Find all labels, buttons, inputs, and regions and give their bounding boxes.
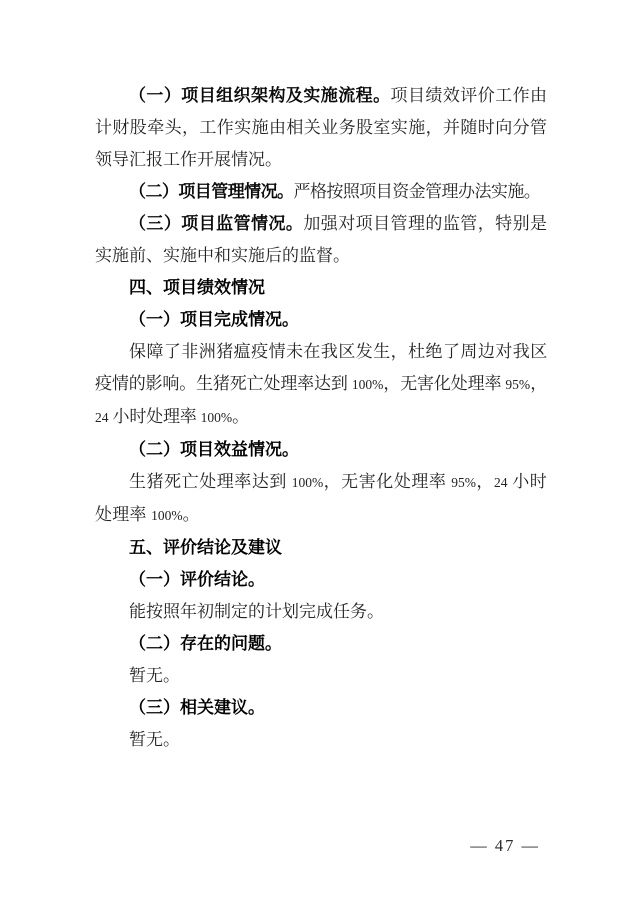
paragraph-text: 严格按照项目资金管理办法实施。 [294,182,541,201]
paragraph-text: 。 [232,407,249,426]
numeric-text: 100% [352,377,384,392]
paragraph-text: 暂无。 [129,666,180,685]
paragraph-lead-bold: （二）项目管理情况。 [129,182,294,201]
paragraph-text: 生猪死亡处理率达到 [129,472,292,491]
para-supervision: （三）项目监管情况。加强对项目管理的监管，特别是实施前、实施中和实施后的监督。 [95,208,547,272]
numeric-text: 100% [151,508,183,523]
subheading-completion: （一）项目完成情况。 [95,304,547,336]
page-number: — 47 — [470,837,540,855]
paragraph-lead-bold: （一）项目组织架构及实施流程。 [129,86,391,105]
subheading-benefit: （二）项目效益情况。 [95,434,547,466]
para-suggestions-detail: 暂无。 [95,724,547,756]
subheading-conclusion: （一）评价结论。 [95,564,547,596]
para-management: （二）项目管理情况。严格按照项目资金管理办法实施。 [95,176,547,208]
document-body: （一）项目组织架构及实施流程。项目绩效评价工作由计财股牵头，工作实施由相关业务股… [95,80,547,756]
para-completion-detail: 保障了非洲猪瘟疫情未在我区发生，杜绝了周边对我区疫情的影响。生猪死亡处理率达到 … [95,336,547,434]
subheading-suggestions: （三）相关建议。 [95,692,547,724]
paragraph-text: 。 [183,505,200,524]
numeric-text: 100% [292,475,324,490]
heading-project-performance: 四、项目绩效情况 [95,272,547,304]
numeric-text: 95% [451,475,476,490]
numeric-text: 100% [201,410,233,425]
para-benefit-detail: 生猪死亡处理率达到 100%，无害化处理率 95%，24 小时处理率 100%。 [95,466,547,532]
paragraph-text: ， [530,374,547,393]
paragraph-text: 小时处理率 [109,407,201,426]
heading-conclusion-suggestions: 五、评价结论及建议 [95,532,547,564]
numeric-text: 24 [494,475,508,490]
numeric-text: 95% [505,377,530,392]
numeric-text: 24 [95,410,109,425]
paragraph-text: ， [476,472,494,491]
paragraph-lead-bold: （三）项目监管情况。 [129,214,303,233]
para-problems-detail: 暂无。 [95,660,547,692]
paragraph-text: 能按照年初制定的计划完成任务。 [129,602,384,621]
document-page: （一）项目组织架构及实施流程。项目绩效评价工作由计财股牵头，工作实施由相关业务股… [0,0,640,904]
paragraph-text: ，无害化处理率 [323,472,451,491]
paragraph-text: 暂无。 [129,730,180,749]
para-org-structure: （一）项目组织架构及实施流程。项目绩效评价工作由计财股牵头，工作实施由相关业务股… [95,80,547,176]
para-conclusion-detail: 能按照年初制定的计划完成任务。 [95,596,547,628]
subheading-problems: （二）存在的问题。 [95,628,547,660]
paragraph-text: ，无害化处理率 [383,374,505,393]
